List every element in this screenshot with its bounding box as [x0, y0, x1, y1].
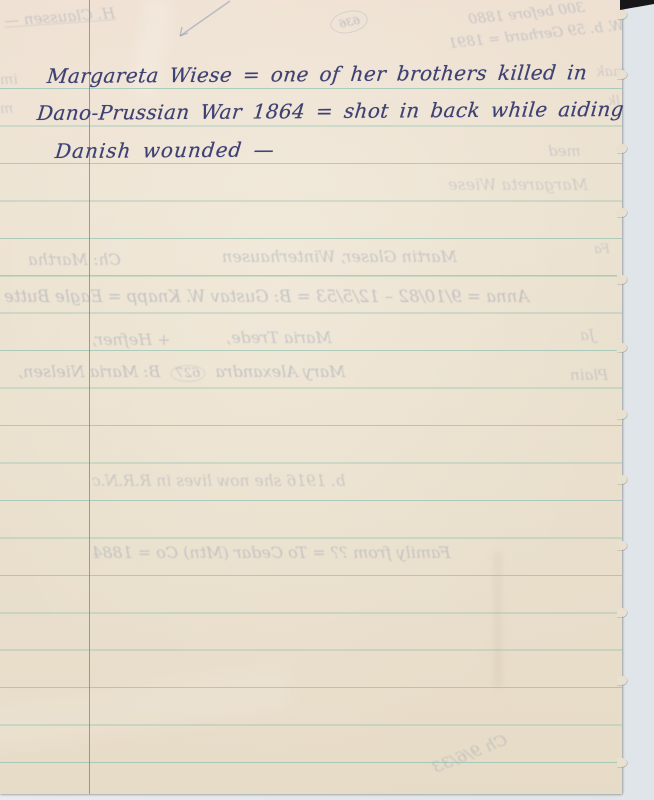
bleedthrough-row: Martin Glaser, Winterhausen: [222, 247, 457, 266]
bleedthrough-row: Ch: Martha: [28, 250, 121, 269]
stamp-number: 636: [337, 13, 360, 30]
torn-edge-nub: [617, 541, 627, 550]
bleedthrough-row: Mary Alexandra 627 B: Maria Nielsen,: [18, 362, 345, 382]
scanner-edge-shadow: [620, 0, 654, 10]
bleedthrough-ghost-name: Margareta Wiese: [448, 175, 588, 194]
torn-edge-nub: [617, 758, 627, 767]
scanner-background: H. Claussen — 300 before 1880 W. b. 59 G…: [0, 0, 654, 800]
paper: H. Claussen — 300 before 1880 W. b. 59 G…: [0, 0, 622, 794]
bleedthrough-fragment: m: [0, 101, 13, 117]
bleedthrough-name: Mary Alexandra: [215, 362, 345, 381]
bleedthrough-row: Anna = 9/10/82 – 12/5/53 = B: Gustav W. …: [4, 287, 529, 306]
torn-edge-nub: [617, 10, 627, 19]
bleedthrough-row: Maria Trede,: [226, 328, 332, 347]
torn-edge-nub: [617, 676, 627, 685]
bleedthrough-row: b. 1916 she now lives in R.R.N.c: [92, 472, 346, 490]
torn-edge-nub: [617, 343, 627, 352]
bleedthrough-fragment: Fa: [594, 242, 610, 257]
torn-edge-nub: [617, 275, 627, 284]
bleedthrough-fragment: Plain: [570, 366, 608, 384]
torn-edge-nub: [617, 144, 627, 153]
handwriting-line-2: Dano-Prussian War 1864 = shot in back wh…: [36, 97, 625, 125]
torn-edge-nub: [617, 70, 627, 79]
handwriting-line-3: Danish wounded —: [54, 137, 276, 163]
handwriting-line-1: Margareta Wiese = one of her brothers ki…: [46, 60, 588, 88]
bleedthrough-row: + Hefner,: [92, 330, 171, 349]
torn-edge-nub: [617, 208, 627, 217]
bleedthrough-row: Family from ?? = To Cedar (Mtn) Co = 188…: [92, 543, 451, 562]
torn-edge-nub: [617, 475, 627, 484]
bleedthrough-text: B: Maria Nielsen,: [18, 362, 160, 381]
bleedthrough-fragment: med: [548, 142, 581, 160]
bleedthrough-number-oval: 627: [170, 365, 205, 382]
torn-edge-nub: [617, 410, 627, 419]
bleedthrough-fragment: Ja: [580, 326, 595, 344]
torn-edge-nub: [617, 608, 627, 617]
bleedthrough-fragment: im: [0, 72, 18, 88]
